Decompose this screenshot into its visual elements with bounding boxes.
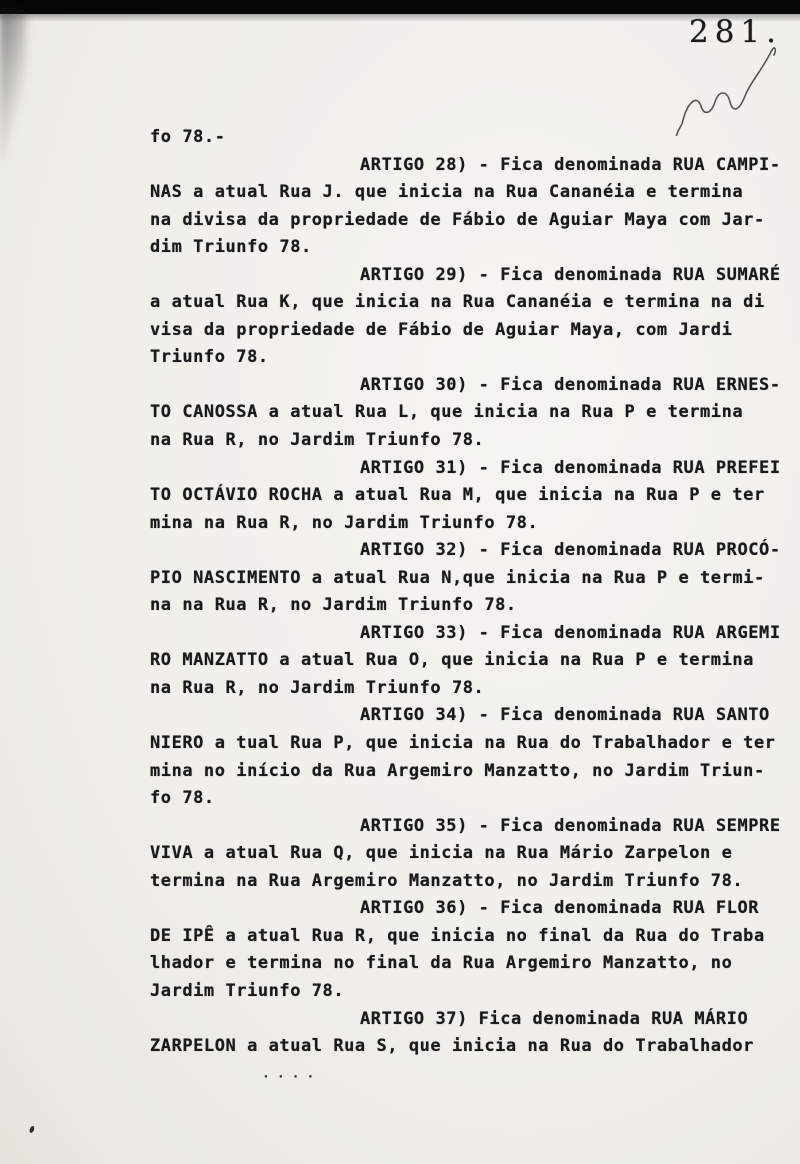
text-line: ARTIGO 29) - Fica denominada RUA SUMARÉ bbox=[150, 262, 795, 290]
text-line: ARTIGO 33) - Fica denominada RUA ARGEMI bbox=[150, 620, 795, 648]
text-line: Jardim Triunfo 78. bbox=[150, 978, 795, 1006]
text-line: ARTIGO 31) - Fica denominada RUA PREFEI bbox=[150, 455, 795, 483]
text-line: TO OCTÁVIO ROCHA a atual Rua M, que inic… bbox=[150, 482, 795, 510]
document-body: fo 78.-ARTIGO 28) - Fica denominada RUA … bbox=[150, 124, 795, 1061]
text-line: mina no início da Rua Argemiro Manzatto,… bbox=[150, 758, 795, 786]
text-line: DE IPÊ a atual Rua R, que inicia no fina… bbox=[150, 923, 795, 951]
text-line: dim Triunfo 78. bbox=[150, 234, 795, 262]
handwritten-signature bbox=[666, 44, 796, 136]
text-line: na Rua R, no Jardim Triunfo 78. bbox=[150, 427, 795, 455]
text-line: RO MANZATTO a atual Rua O, que inicia na… bbox=[150, 647, 795, 675]
text-line: a atual Rua K, que inicia na Rua Cananéi… bbox=[150, 289, 795, 317]
text-line: NIERO a tual Rua P, que inicia na Rua do… bbox=[150, 730, 795, 758]
scanned-page: 281. fo 78.-ARTIGO 28) - Fica denominada… bbox=[0, 0, 800, 1164]
scanner-corner-shadow bbox=[0, 10, 26, 160]
scanner-edge-top bbox=[0, 0, 800, 14]
text-line: na divisa da propriedade de Fábio de Agu… bbox=[150, 207, 795, 235]
text-line: lhador e termina no final da Rua Argemir… bbox=[150, 950, 795, 978]
text-line: ARTIGO 36) - Fica denominada RUA FLOR bbox=[150, 895, 795, 923]
text-line: ARTIGO 32) - Fica denominada RUA PROCÓ- bbox=[150, 537, 795, 565]
text-line: ARTIGO 30) - Fica denominada RUA ERNES- bbox=[150, 372, 795, 400]
text-line: fo 78. bbox=[150, 785, 795, 813]
text-line: ARTIGO 28) - Fica denominada RUA CAMPI- bbox=[150, 152, 795, 180]
text-line: mina na Rua R, no Jardim Triunfo 78. bbox=[150, 510, 795, 538]
ink-speck bbox=[29, 1126, 35, 1134]
text-line: NAS a atual Rua J. que inicia na Rua Can… bbox=[150, 179, 795, 207]
text-line: ARTIGO 34) - Fica denominada RUA SANTO bbox=[150, 702, 795, 730]
text-line: visa da propriedade de Fábio de Aguiar M… bbox=[150, 317, 795, 345]
text-line: fo 78.- bbox=[150, 124, 795, 152]
footer-ink-mark: ···· bbox=[262, 1070, 321, 1085]
text-line: TO CANOSSA a atual Rua L, que inicia na … bbox=[150, 399, 795, 427]
text-line: na na Rua R, no Jardim Triunfo 78. bbox=[150, 592, 795, 620]
text-line: PIO NASCIMENTO a atual Rua N,que inicia … bbox=[150, 565, 795, 593]
text-line: ARTIGO 37) Fica denominada RUA MÁRIO bbox=[150, 1006, 795, 1034]
text-line: na Rua R, no Jardim Triunfo 78. bbox=[150, 675, 795, 703]
text-line: VIVA a atual Rua Q, que inicia na Rua Má… bbox=[150, 840, 795, 868]
text-line: ZARPELON a atual Rua S, que inicia na Ru… bbox=[150, 1033, 795, 1061]
text-line: termina na Rua Argemiro Manzatto, no Jar… bbox=[150, 868, 795, 896]
text-line: ARTIGO 35) - Fica denominada RUA SEMPRE bbox=[150, 813, 795, 841]
text-line: Triunfo 78. bbox=[150, 344, 795, 372]
